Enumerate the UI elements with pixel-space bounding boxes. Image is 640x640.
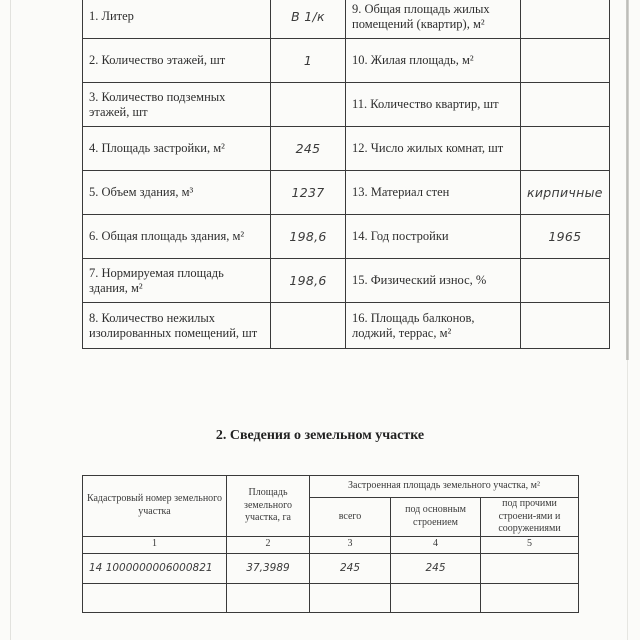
header-total: всего (310, 498, 391, 537)
column-number-row: 1 2 3 4 5 (83, 536, 579, 553)
row-value (521, 303, 610, 349)
table-row: 4. Площадь застройки, м² 245 12. Число ж… (83, 127, 610, 171)
column-number: 1 (83, 536, 227, 553)
cadastral-number: 14 1000000006000821 (83, 553, 227, 583)
row-value (521, 259, 610, 303)
row-value: В 1/к (271, 0, 346, 39)
table-row: 5. Объем здания, м³ 1237 13. Материал ст… (83, 171, 610, 215)
column-number: 4 (391, 536, 481, 553)
column-number: 3 (310, 536, 391, 553)
section-title: 2. Сведения о земельном участке (0, 428, 640, 444)
table-row: 14 1000000006000821 37,3989 245 245 (83, 553, 579, 583)
row-value (271, 83, 346, 127)
row-label: 7. Нормируемая площадь здания, м² (83, 259, 271, 303)
row-label: 15. Физический износ, % (346, 259, 521, 303)
row-label: 13. Материал стен (346, 171, 521, 215)
row-value (521, 0, 610, 39)
built-area-main: 245 (391, 553, 481, 583)
row-value: 198,6 (271, 259, 346, 303)
table-row: 3. Количество подземных этажей, шт 11. К… (83, 83, 610, 127)
built-area-total (310, 583, 391, 612)
row-value (271, 303, 346, 349)
built-area-main (391, 583, 481, 612)
header-area: Площадь земельного участка, га (227, 476, 310, 537)
row-value: 1237 (271, 171, 346, 215)
row-label: 14. Год постройки (346, 215, 521, 259)
built-area-total: 245 (310, 553, 391, 583)
table-row: 1. Литер В 1/к 9. Общая площадь жилых по… (83, 0, 610, 39)
row-label: 2. Количество этажей, шт (83, 39, 271, 83)
row-value: 1 (271, 39, 346, 83)
building-characteristics-table: 1. Литер В 1/к 9. Общая площадь жилых по… (82, 0, 610, 349)
header-other-buildings: под прочими строени-ями и сооружениями (481, 498, 579, 537)
land-area (227, 583, 310, 612)
header-cadastral: Кадастровый номер земельного участка (83, 476, 227, 537)
row-label: 10. Жилая площадь, м² (346, 39, 521, 83)
scan-edge-left (10, 0, 11, 640)
row-label: 16. Площадь балконов, лоджий, террас, м² (346, 303, 521, 349)
row-label: 8. Количество нежилых изолированных поме… (83, 303, 271, 349)
row-label: 4. Площадь застройки, м² (83, 127, 271, 171)
table-row: 2. Количество этажей, шт 1 10. Жилая пло… (83, 39, 610, 83)
row-value: кирпичные (521, 171, 610, 215)
row-value: 198,6 (271, 215, 346, 259)
header-built-area-group: Застроенная площадь земельного участка, … (310, 476, 579, 498)
scan-edge-right (626, 0, 629, 360)
row-label: 6. Общая площадь здания, м² (83, 215, 271, 259)
row-value (521, 127, 610, 171)
table-row (83, 583, 579, 612)
scan-edge-right-lower (627, 360, 628, 640)
row-label: 12. Число жилых комнат, шт (346, 127, 521, 171)
row-value: 1965 (521, 215, 610, 259)
header-main-building: под основным строением (391, 498, 481, 537)
row-value (521, 39, 610, 83)
row-label: 3. Количество подземных этажей, шт (83, 83, 271, 127)
land-area: 37,3989 (227, 553, 310, 583)
row-label: 11. Количество квартир, шт (346, 83, 521, 127)
column-number: 2 (227, 536, 310, 553)
built-area-other (481, 583, 579, 612)
row-label: 1. Литер (83, 0, 271, 39)
row-label: 5. Объем здания, м³ (83, 171, 271, 215)
land-plot-table: Кадастровый номер земельного участка Пло… (82, 475, 579, 613)
table-row: 8. Количество нежилых изолированных поме… (83, 303, 610, 349)
cadastral-number (83, 583, 227, 612)
header-row: Кадастровый номер земельного участка Пло… (83, 476, 579, 498)
row-value (521, 83, 610, 127)
row-value: 245 (271, 127, 346, 171)
column-number: 5 (481, 536, 579, 553)
row-label: 9. Общая площадь жилых помещений (кварти… (346, 0, 521, 39)
built-area-other (481, 553, 579, 583)
table-row: 6. Общая площадь здания, м² 198,6 14. Го… (83, 215, 610, 259)
table-row: 7. Нормируемая площадь здания, м² 198,6 … (83, 259, 610, 303)
